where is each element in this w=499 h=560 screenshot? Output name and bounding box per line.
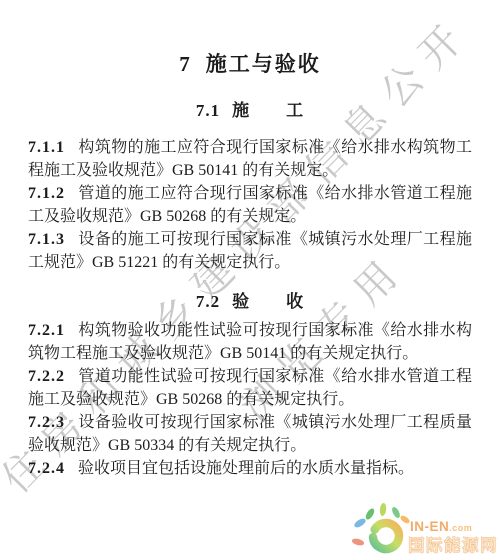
- clause-number: 7.2.3: [28, 414, 65, 431]
- clause-text: 管道功能性试验可按现行国家标准《给水排水管道工程施工及验收规范》GB 50268…: [28, 368, 472, 408]
- logo-petal-teal: [391, 506, 402, 519]
- clause-text: 构筑物的施工应符合现行国家标准《给水排水构筑物工程施工及验收规范》GB 5014…: [28, 139, 472, 179]
- clause-number: 7.2.4: [28, 460, 65, 477]
- clause-text: 构筑物验收功能性试验可按现行国家标准《给水排水构筑物工程施工及验收规范》GB 5…: [28, 322, 472, 362]
- logo-brand-text: IN-EN.com: [410, 519, 472, 534]
- document-page: 住房和城乡建设部信息公开 浏览专用 7施工与验收 7.1施 工 7.1.1构筑物…: [0, 0, 499, 560]
- logo-petal-green: [364, 507, 376, 521]
- section-7-2-title: 验 收: [232, 292, 304, 311]
- logo-petal-red: [351, 537, 365, 546]
- clause-text: 设备验收可按现行国家标准《城镇污水处理厂工程质量验收规范》GB 50334 的有…: [28, 414, 472, 454]
- clause-7-2-1: 7.2.1构筑物验收功能性试验可按现行国家标准《给水排水构筑物工程施工及验收规范…: [28, 319, 472, 365]
- clause-number: 7.2.1: [28, 322, 65, 339]
- section-7-1-title: 施 工: [232, 101, 304, 120]
- clause-text: 设备的施工可按现行国家标准《城镇污水处理厂工程施工规范》GB 51221 的有关…: [28, 231, 472, 271]
- chapter-title: 7施工与验收: [28, 0, 472, 78]
- section-7-2-number: 7.2: [196, 292, 220, 311]
- clause-number: 7.1.2: [28, 185, 65, 202]
- clause-text: 验收项目宜包括设施处理前后的水质水量指标。: [78, 460, 414, 477]
- section-7-1-heading: 7.1施 工: [28, 99, 472, 123]
- chapter-number: 7: [179, 52, 190, 76]
- clause-number: 7.1.1: [28, 139, 65, 156]
- logo-petal-lime: [379, 503, 387, 517]
- section-7-1-number: 7.1: [196, 101, 220, 120]
- logo-ring: [373, 523, 399, 549]
- logo-site-name: 国际能源网: [408, 535, 498, 555]
- clause-text: 管道的施工应符合现行国家标准《给水排水管道工程施工及验收规范》GB 50268 …: [28, 185, 472, 225]
- logo-petal-blue: [353, 517, 367, 529]
- clause-7-1-1: 7.1.1构筑物的施工应符合现行国家标准《给水排水构筑物工程施工及验收规范》GB…: [28, 136, 472, 182]
- clause-7-2-4: 7.2.4验收项目宜包括设施处理前后的水质水量指标。: [28, 457, 472, 480]
- in-en-logo: IN-EN.com 国际能源网: [346, 502, 498, 559]
- chapter-title-text: 施工与验收: [206, 52, 321, 76]
- clause-7-1-3: 7.1.3设备的施工可按现行国家标准《城镇污水处理厂工程施工规范》GB 5122…: [28, 228, 472, 274]
- clause-7-2-2: 7.2.2管道功能性试验可按现行国家标准《给水排水管道工程施工及验收规范》GB …: [28, 365, 472, 411]
- document-content: 7施工与验收 7.1施 工 7.1.1构筑物的施工应符合现行国家标准《给水排水构…: [28, 0, 472, 480]
- section-7-2-heading: 7.2验 收: [28, 290, 472, 314]
- clause-7-1-2: 7.1.2管道的施工应符合现行国家标准《给水排水管道工程施工及验收规范》GB 5…: [28, 182, 472, 228]
- clause-number: 7.2.2: [28, 368, 65, 385]
- clause-7-2-3: 7.2.3设备验收可按现行国家标准《城镇污水处理厂工程质量验收规范》GB 503…: [28, 411, 472, 457]
- clause-number: 7.1.3: [28, 231, 65, 248]
- in-en-logo-icon: IN-EN.com 国际能源网: [346, 502, 498, 559]
